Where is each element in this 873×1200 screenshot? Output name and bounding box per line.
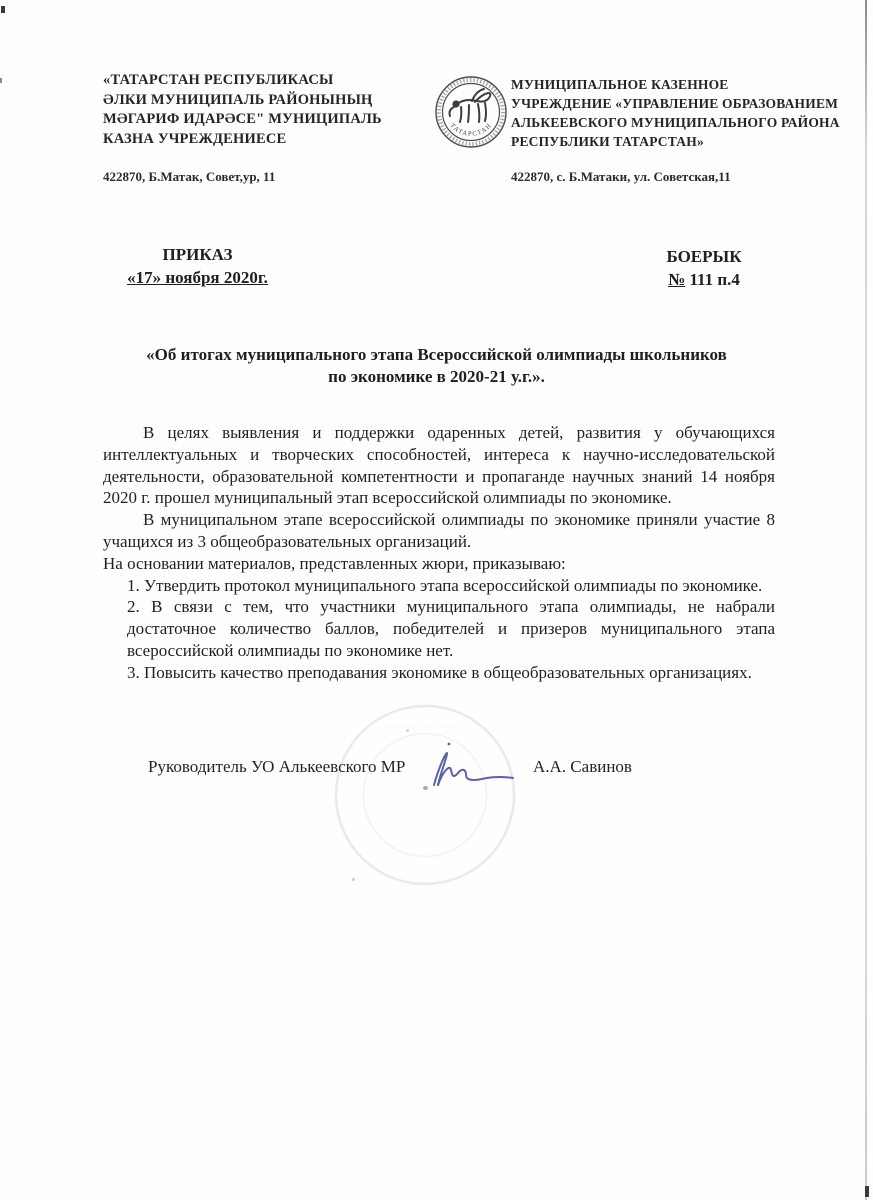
org-name-tatar-line: МӘГАРИФ ИДАРӘСЕ" МУНИЦИПАЛЬ — [103, 110, 418, 130]
org-name-russian-line: УЧРЕЖДЕНИЕ «УПРАВЛЕНИЕ ОБРАЗОВАНИЕМ — [511, 94, 856, 113]
org-name-russian: МУНИЦИПАЛЬНОЕ КАЗЕННОЕ УЧРЕЖДЕНИЕ «УПРАВ… — [511, 75, 856, 151]
tatarstan-coat-of-arms-icon: ТАТАРСТАН — [433, 74, 509, 150]
org-name-russian-line: МУНИЦИПАЛЬНОЕ КАЗЕННОЕ — [511, 75, 856, 94]
number-sign: № — [668, 270, 685, 289]
document-title-line2: по экономике в 2020-21 у.г.». — [60, 366, 813, 388]
handwritten-signature — [420, 733, 530, 803]
order-item-1: 1. Утвердить протокол муниципального эта… — [103, 575, 775, 597]
paragraph: В целях выявления и поддержки одаренных … — [103, 422, 775, 509]
org-name-tatar: «ТАТАРСТАН РЕСПУБЛИКАСЫ ӘЛКИ МУНИЦИПАЛЬ … — [103, 71, 418, 149]
scan-speck — [0, 78, 2, 83]
signer-position: Руководитель УО Алькеевского МР — [148, 757, 405, 777]
order-date: «17» ноября 2020г. — [105, 266, 290, 289]
scan-edge-shadow — [865, 0, 867, 1200]
ink-speck — [352, 878, 355, 881]
document-body: В целях выявления и поддержки одаренных … — [103, 422, 775, 684]
order-caption-tat: БОЕРЫК № 111 п.4 — [645, 245, 763, 291]
order-number: № 111 п.4 — [645, 268, 763, 291]
org-name-tatar-line: КАЗНА УЧРЕЖДЕНИЕСЕ — [103, 130, 418, 150]
scan-speck — [865, 1186, 869, 1197]
order-item-2: 2. В связи с тем, что участники муниципа… — [103, 596, 775, 661]
paragraph: В муниципальном этапе всероссийской олим… — [103, 509, 775, 553]
order-caption-ru: ПРИКАЗ «17» ноября 2020г. — [105, 243, 290, 289]
order-word-tatar: БОЕРЫК — [645, 245, 763, 268]
paragraph: На основании материалов, представленных … — [103, 553, 775, 575]
signer-name: А.А. Савинов — [533, 757, 632, 777]
ink-speck — [423, 786, 428, 790]
org-name-tatar-line: ӘЛКИ МУНИЦИПАЛЬ РАЙОНЫНЫҢ — [103, 91, 418, 111]
scanned-order-document: «ТАТАРСТАН РЕСПУБЛИКАСЫ ӘЛКИ МУНИЦИПАЛЬ … — [0, 0, 873, 1200]
address-russian: 422870, с. Б.Матаки, ул. Советская,11 — [511, 169, 731, 185]
document-title-line1: «Об итогах муниципального этапа Всеросси… — [60, 344, 813, 366]
org-name-russian-line: АЛЬКЕЕВСКОГО МУНИЦИПАЛЬНОГО РАЙОНА — [511, 113, 856, 132]
org-name-russian-line: РЕСПУБЛИКИ ТАТАРСТАН» — [511, 132, 856, 151]
address-tatar: 422870, Б.Матак, Совет,ур, 11 — [103, 169, 275, 185]
ink-speck — [406, 729, 409, 732]
order-word: ПРИКАЗ — [105, 243, 290, 266]
org-name-tatar-line: «ТАТАРСТАН РЕСПУБЛИКАСЫ — [103, 71, 418, 91]
scan-speck — [1, 6, 5, 13]
document-title: «Об итогах муниципального этапа Всеросси… — [60, 344, 813, 388]
order-number-value: 111 п.4 — [685, 270, 740, 289]
order-item-3: 3. Повысить качество преподавания эконом… — [103, 662, 775, 684]
